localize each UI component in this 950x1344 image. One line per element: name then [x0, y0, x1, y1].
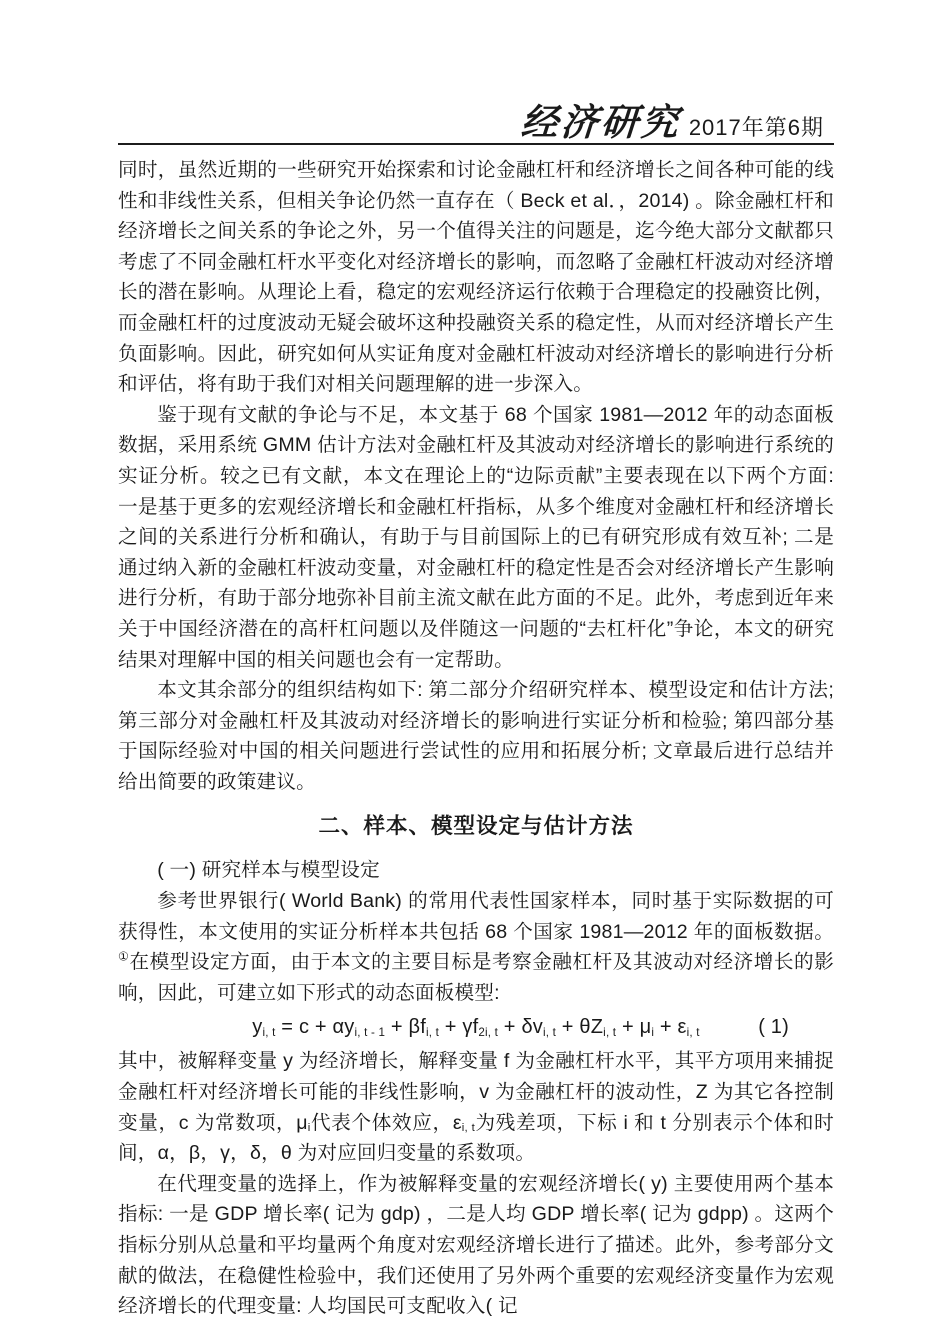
equation-block: yi, t = c + αyi, t - 1 + βfi, t + γf2i, …	[118, 1008, 834, 1046]
article-body: 同时，虽然近期的一些研究开始探索和讨论金融杠杆和经济增长之间各种可能的线性和非线…	[118, 155, 834, 1322]
subsection-heading: ( 一) 研究样本与模型设定	[118, 855, 834, 886]
paragraph-sample-and-model: 参考世界银行( World Bank) 的常用代表性国家样本，同时基于实际数据的…	[118, 886, 834, 1008]
equation-1: yi, t = c + αyi, t - 1 + βfi, t + γf2i, …	[252, 1016, 699, 1038]
equation-number: ( 1)	[758, 1008, 789, 1046]
paragraph-proxy-variables: 在代理变量的选择上，作为被解释变量的宏观经济增长( y) 主要使用两个基本指标:…	[118, 1169, 834, 1322]
journal-logo: 经济研究	[519, 103, 682, 142]
section-heading: 二、样本、模型设定与估计方法	[118, 811, 834, 842]
paragraph-paper-structure: 本文其余部分的组织结构如下: 第二部分介绍研究样本、模型设定和估计方法; 第三部…	[118, 675, 834, 797]
issue-label: 2017年第6期	[689, 117, 824, 142]
paragraph-variable-definitions: 其中，被解释变量 y 为经济增长，解释变量 f 为金融杠杆水平，其平方项用来捕捉…	[118, 1046, 834, 1168]
journal-masthead: 经济研究 2017年第6期	[118, 97, 834, 145]
paragraph-contributions: 鉴于现有文献的争论与不足，本文基于 68 个国家 1981—2012 年的动态面…	[118, 400, 834, 675]
document-page: 经济研究 2017年第6期 同时，虽然近期的一些研究开始探索和讨论金融杠杆和经济…	[0, 0, 950, 1344]
masthead-row: 经济研究 2017年第6期	[118, 97, 834, 142]
paragraph-intro-continuation: 同时，虽然近期的一些研究开始探索和讨论金融杠杆和经济增长之间各种可能的线性和非线…	[118, 155, 834, 400]
header-divider	[118, 143, 834, 145]
